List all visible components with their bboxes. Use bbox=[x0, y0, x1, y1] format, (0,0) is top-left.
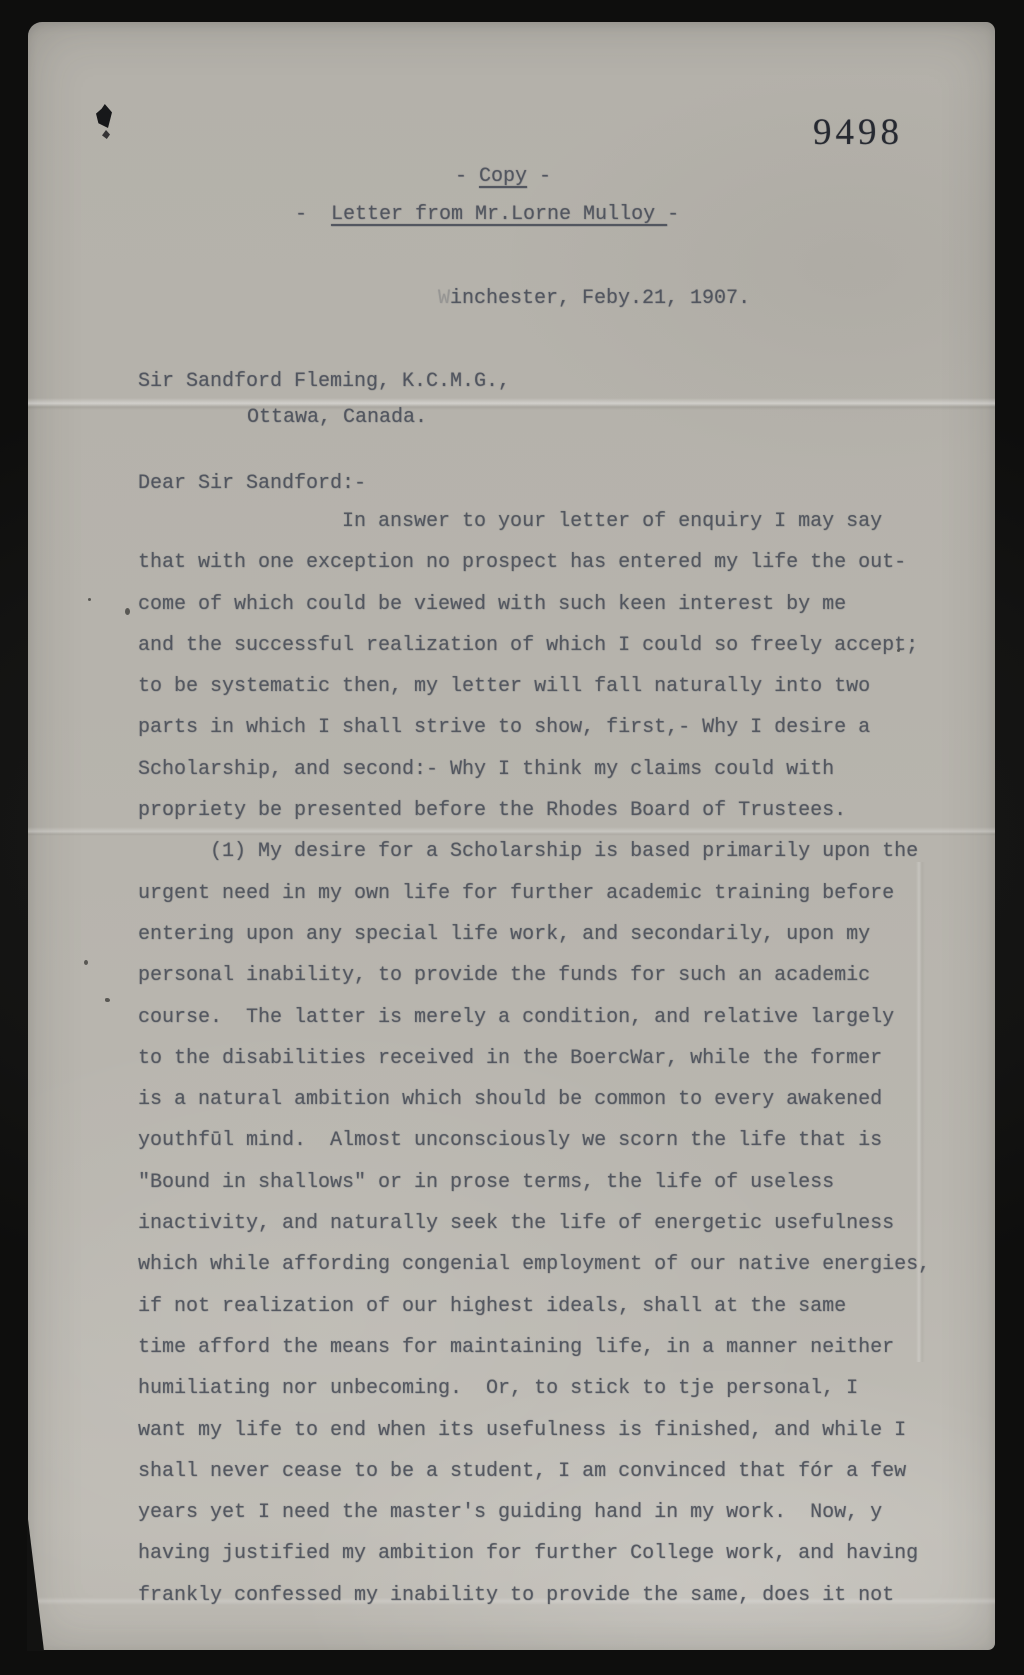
letter-body-line: having justified my ambition for further… bbox=[138, 1533, 968, 1574]
paper-speck bbox=[105, 998, 110, 1002]
letter-body-line: urgent need in my own life for further a… bbox=[138, 873, 968, 914]
letter-body-line: shall never cease to be a student, I am … bbox=[138, 1451, 968, 1492]
paper-corner-shadow bbox=[27, 1511, 44, 1651]
scan-background: 9498 - Copy - - Letter from Mr.Lorne Mul… bbox=[0, 0, 1024, 1675]
letter-body-line: to the disabilities received in the Boer… bbox=[138, 1038, 968, 1079]
copy-heading: - Copy - bbox=[455, 164, 551, 189]
letter-body-line: to be systematic then, my letter will fa… bbox=[138, 666, 968, 707]
paper-tear-speck bbox=[102, 130, 110, 139]
letter-title-heading: - Letter from Mr.Lorne Mulloy - bbox=[295, 202, 679, 227]
salutation: Dear Sir Sandford:- bbox=[138, 471, 366, 496]
dateline-faint-initial: W bbox=[438, 287, 450, 310]
letter-body-line: want my life to end when its usefulness … bbox=[138, 1410, 968, 1451]
paper-speck bbox=[84, 960, 88, 965]
letter-body-line: personal inability, to provide the funds… bbox=[138, 955, 968, 996]
letter-body-line: is a natural ambition which should be co… bbox=[138, 1079, 968, 1120]
catalog-number: 9498 bbox=[813, 114, 903, 152]
letter-body-line: Scholarship, and second:- Why I think my… bbox=[138, 749, 968, 790]
letter-body: In answer to your letter of enquiry I ma… bbox=[138, 501, 968, 1616]
recipient-address-line: Ottawa, Canada. bbox=[247, 405, 427, 430]
letter-body-line: that with one exception no prospect has … bbox=[138, 542, 968, 583]
letter-body-line: humiliating nor unbecoming. Or, to stick… bbox=[138, 1368, 968, 1409]
paper-crease-horizontal-1 bbox=[28, 398, 995, 410]
letter-body-line: propriety be presented before the Rhodes… bbox=[138, 790, 968, 831]
dateline-text: inchester, Feby.21, 1907. bbox=[450, 287, 750, 310]
letter-body-line: time afford the means for maintaining li… bbox=[138, 1327, 968, 1368]
letter-body-line: In answer to your letter of enquiry I ma… bbox=[138, 501, 968, 542]
letter-body-line: course. The latter is merely a condition… bbox=[138, 997, 968, 1038]
letter-title-prefix: - bbox=[295, 203, 331, 226]
letter-page: 9498 - Copy - - Letter from Mr.Lorne Mul… bbox=[28, 22, 995, 1650]
letter-body-line: years yet I need the master's guiding ha… bbox=[138, 1492, 968, 1533]
paper-tear-mark bbox=[96, 104, 112, 128]
letter-body-line: inactivity, and naturally seek the life … bbox=[138, 1203, 968, 1244]
dateline: Winchester, Feby.21, 1907. bbox=[438, 286, 750, 311]
letter-body-line: youthfūl mind. Almost unconsciously we s… bbox=[138, 1120, 968, 1161]
letter-body-line: entering upon any special life work, and… bbox=[138, 914, 968, 955]
letter-body-line: and the successful realization of which … bbox=[138, 625, 968, 666]
letter-body-line: parts in which I shall strive to show, f… bbox=[138, 707, 968, 748]
paper-speck bbox=[125, 608, 130, 615]
letter-body-line: frankly confessed my inability to provid… bbox=[138, 1575, 968, 1616]
letter-body-line: (1) My desire for a Scholarship is based… bbox=[138, 831, 968, 872]
letter-body-line: "Bound in shallows" or in prose terms, t… bbox=[138, 1162, 968, 1203]
copy-heading-prefix: - bbox=[455, 165, 479, 188]
paper-speck bbox=[88, 598, 91, 601]
letter-title-text: Letter from Mr.Lorne Mulloy bbox=[331, 203, 667, 226]
letter-body-line: which while affording congenial employme… bbox=[138, 1244, 968, 1285]
recipient-name-line: Sir Sandford Fleming, K.C.M.G., bbox=[138, 369, 510, 394]
letter-body-line: if not realization of our highest ideals… bbox=[138, 1286, 968, 1327]
letter-body-line: come of which could be viewed with such … bbox=[138, 584, 968, 625]
copy-heading-suffix: - bbox=[527, 165, 551, 188]
letter-title-suffix: - bbox=[667, 203, 679, 226]
copy-heading-text: Copy bbox=[479, 165, 527, 188]
